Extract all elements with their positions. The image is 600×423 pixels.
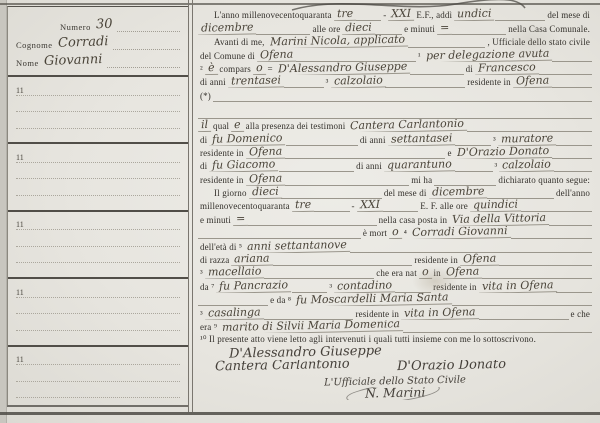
printed-text: di anni [198, 77, 228, 88]
printed-text: di anni [354, 161, 384, 172]
margin-column: Numero 30 Cognome Corradi Nome Giovanni … [7, 6, 188, 405]
handwritten-entry: dicembre [198, 21, 257, 34]
blank-dotted-line [16, 163, 180, 180]
blank-underline [452, 294, 592, 306]
printed-text: E. F. alle ore [418, 201, 470, 212]
printed-text: Avanti di me, [212, 37, 267, 48]
handwritten-entry: Marini Nicola, applicato [266, 35, 407, 48]
form-line: di annitrentasei³calzolaioresidente inOf… [198, 75, 592, 88]
printed-text: ⁴ [402, 228, 409, 239]
signature-text: D'Orazio Donato [394, 360, 509, 373]
blank-underline [248, 214, 376, 226]
handwritten-entry: anni settantanove [244, 239, 350, 252]
blank-underline [385, 76, 465, 88]
cognome-label: Cognome [16, 40, 53, 50]
blank-dotted-line: 11 [16, 349, 180, 366]
form-line: D'Alessandro Giuseppe [198, 346, 592, 359]
blank-underline [499, 254, 592, 266]
blank-dotted-line [16, 247, 180, 264]
handwritten-entry: Ofena [257, 48, 297, 61]
handwritten-entry: macellaio [205, 266, 265, 279]
blank-underline [479, 308, 569, 320]
handwritten-entry: fu Domenico [209, 132, 286, 145]
blank-dotted-line [16, 96, 180, 113]
handwritten-entry: o [253, 62, 266, 75]
blank-dotted-line [16, 196, 180, 210]
handwritten-entry: Ofena [460, 253, 500, 266]
form-line: dell'età di ⁵anni settantanove [198, 239, 592, 252]
blank-underline [279, 160, 355, 172]
margin-section: 11 [8, 345, 188, 412]
handwritten-entry: settantasei [387, 132, 455, 145]
blank-dotted-line [16, 298, 180, 315]
margin-section: 11 [8, 210, 188, 277]
blank-underline [410, 63, 463, 75]
footnote-ref: 11 [16, 153, 30, 162]
printed-text: - [350, 201, 357, 212]
blank-underline [198, 294, 268, 306]
blank-dotted-line [16, 314, 180, 331]
blank-underline [375, 23, 402, 35]
handwritten-entry: muratore [498, 132, 556, 145]
blank-underline [434, 174, 496, 186]
handwritten-entry: = [233, 212, 249, 225]
handwritten-entry: D'Orazio Donato [453, 146, 552, 159]
blank-underline [482, 267, 592, 279]
blank-underline [285, 147, 446, 159]
scan-edge [0, 0, 7, 423]
handwritten-entry: trentasei [228, 75, 284, 88]
printed-text: ³ [324, 77, 331, 88]
printed-text: e minuti [402, 24, 437, 35]
blank-underline [549, 214, 592, 226]
printed-text: ¹ [416, 51, 423, 62]
blank-dotted-line: 11 [16, 281, 180, 298]
handwritten-entry: Cantera Carlantonio [347, 119, 467, 132]
blank-dotted-line [16, 263, 180, 277]
blank-underline [467, 120, 592, 132]
form-line: residente inOfenami hadichiarato quanto … [198, 172, 592, 185]
handwritten-entry: Ofena [513, 75, 553, 88]
handwritten-entry: marito di Silvii Maria Domenica [219, 320, 403, 333]
handwritten-entry: fu Pancrazio [216, 279, 291, 292]
blank-underline [487, 187, 554, 199]
printed-text: Il giorno [212, 188, 249, 199]
handwritten-entry: Ofena [245, 146, 285, 159]
blank-dotted-line [117, 19, 180, 32]
handwritten-entry: dieci [248, 186, 281, 199]
printed-text: residente in [198, 175, 246, 186]
printed-text: L'anno millenovecentoquaranta [212, 10, 334, 21]
blank-underline [296, 50, 416, 62]
printed-text: compars [217, 64, 253, 75]
printed-text: ³ [198, 309, 205, 320]
printed-text: dell'anno [554, 188, 592, 199]
printed-text: dell'età di ⁵ [198, 242, 244, 253]
printed-text: residente in [412, 255, 460, 266]
blank-underline [264, 267, 374, 279]
form-line: è morto⁴Corradi Giovanni [198, 226, 592, 239]
handwritten-entry: Corradi Giovanni [409, 226, 511, 239]
handwritten-entry: tre [334, 8, 356, 21]
printed-text: e da ⁸ [268, 295, 293, 306]
handwritten-entry: quarantuno [384, 159, 455, 172]
blank-underline [403, 321, 592, 333]
form-line: e da ⁸fu Moscardelli Maria Santa [198, 293, 592, 306]
handwritten-entry: casalinga [205, 306, 264, 319]
blank-underline [452, 23, 506, 35]
paper-stain [412, 266, 458, 296]
blank-underline [198, 107, 592, 119]
form-line: era ⁹marito di Silvii Maria Domenica [198, 320, 592, 333]
surname-entry: Corradi [52, 34, 113, 50]
signature-text: N. Marini [362, 387, 429, 400]
form-line: da ⁷fu Pancrazio³contadinoresidente invi… [198, 279, 592, 292]
printed-text: di [198, 135, 209, 146]
margin-section: 11 [8, 277, 188, 344]
printed-text: di [464, 64, 475, 75]
blank-underline [285, 174, 409, 186]
handwritten-entry: fu Giacomo [209, 159, 279, 172]
blank-underline [273, 254, 412, 266]
signature-text: L'Ufficiale dello Stato Civile [321, 374, 469, 387]
printed-text: era ⁹ [198, 322, 219, 333]
margin-sections: 1111111111 [8, 75, 188, 412]
blank-underline [556, 281, 592, 293]
printed-text: ¹⁰ Il presente atto viene letto agli int… [198, 334, 538, 346]
blank-dotted-line [16, 331, 180, 345]
blank-underline [383, 200, 419, 212]
form-line: N. Marini [198, 387, 592, 400]
handwritten-entry: vita in Ofena [401, 306, 479, 319]
footnote-ref: 11 [16, 288, 30, 297]
handwritten-entry: D'Alessandro Giuseppe [275, 62, 411, 75]
record-header-box: Numero 30 Cognome Corradi Nome Giovanni [8, 14, 188, 75]
handwritten-entry: = [437, 21, 453, 34]
numero-label: Numero [60, 22, 91, 32]
signature-text: Cantera Carlantonio [212, 360, 353, 373]
printed-text: nella casa posta in [377, 215, 450, 226]
printed-text: alle ore [310, 24, 342, 35]
handwritten-entry: calzolaio [499, 159, 554, 172]
nome-label: Nome [16, 58, 39, 68]
handwritten-entry: Ofena [245, 172, 285, 185]
blank-dotted-line [107, 55, 180, 68]
printed-text: e minuti [198, 215, 233, 226]
bottom-rule [0, 412, 600, 415]
handwritten-entry: tre [292, 199, 314, 212]
form-line [198, 102, 592, 119]
blank-underline [256, 23, 310, 35]
given-name-entry: Giovanni [39, 52, 108, 68]
blank-dotted-line [16, 365, 180, 382]
blank-underline [511, 227, 592, 239]
printed-text: da ⁷ [198, 282, 216, 293]
form-line: Il giornodiecidel mese didicembredell'an… [198, 186, 592, 199]
handwritten-entry: o [389, 226, 402, 239]
handwritten-entry: quindici [470, 199, 521, 212]
handwritten-entry: XXI [357, 199, 383, 212]
margin-section: 11 [8, 75, 188, 142]
printed-text: (*) [198, 91, 213, 102]
signature-text: D'Alessandro Giuseppe [226, 346, 385, 359]
blank-underline [455, 160, 493, 172]
footnote-ref: 11 [16, 220, 30, 229]
printed-text: di razza [198, 255, 231, 266]
form-line: ¹⁰ Il presente atto viene letto agli int… [198, 333, 592, 346]
blank-underline [455, 134, 491, 146]
blank-underline [198, 227, 361, 239]
printed-text: dichiarato quanto segue: [496, 175, 592, 186]
blank-dotted-line [16, 112, 180, 129]
blank-underline [554, 160, 592, 172]
printed-text: ² [198, 64, 205, 75]
printed-text: del Comune di [198, 51, 257, 62]
paper-stain [500, 20, 560, 60]
blank-underline [314, 200, 350, 212]
form-line: L'Ufficiale dello Stato Civile [198, 373, 592, 386]
form-line: e minuti=nella casa posta inVia della Vi… [198, 212, 592, 225]
printed-text: residente in [465, 77, 513, 88]
form-line: ²ècomparso=D'Alessandro GiuseppediFrance… [198, 62, 592, 75]
form-line: millenovecentoquarantatre-XXIE. F. alle … [198, 199, 592, 212]
blank-dotted-line [16, 382, 180, 399]
footnote-ref: 11 [16, 355, 30, 364]
blank-underline [521, 200, 592, 212]
blank-dotted-line [113, 37, 180, 50]
blank-underline [356, 9, 381, 21]
margin-bottom-rule [7, 405, 188, 407]
printed-text: E.F., addì [414, 10, 454, 21]
document-body: L'anno millenovecentoquarantatre-XXIE.F.… [198, 8, 592, 400]
form-line: (*) [198, 88, 592, 101]
handwritten-entry: dicembre [428, 186, 487, 199]
printed-text: = [266, 64, 275, 75]
blank-underline [350, 241, 592, 253]
margin-section: 11 [8, 142, 188, 209]
footnote-ref: 11 [16, 86, 30, 95]
handwritten-entry: il [198, 119, 211, 132]
printed-text: mi ha [409, 175, 434, 186]
handwritten-entry: Via della Vittoria [449, 212, 549, 225]
handwritten-entry: è [205, 62, 218, 75]
printed-text: residente in [198, 148, 246, 159]
blank-underline [292, 281, 328, 293]
blank-underline [286, 134, 358, 146]
form-line: ³macellaioche era natoinOfena [198, 266, 592, 279]
handwritten-entry: calzolaio [330, 75, 385, 88]
printed-text: del mese di [382, 188, 429, 199]
handwritten-entry: Francesco [475, 62, 539, 75]
handwritten-entry: contadino [334, 279, 395, 292]
blank-underline [552, 76, 592, 88]
printed-text: e che [569, 309, 592, 320]
form-line: difu Domenicodi annisettantasei³muratore [198, 132, 592, 145]
blank-dotted-line: 11 [16, 214, 180, 231]
form-line: difu Giacomodi anniquarantuno³calzolaio [198, 159, 592, 172]
death-record-scan: Numero 30 Cognome Corradi Nome Giovanni … [0, 0, 600, 423]
form-line: Cantera CarlantonioD'Orazio Donato [198, 360, 592, 373]
blank-dotted-line [16, 230, 180, 247]
blank-dotted-line: 11 [16, 79, 180, 96]
handwritten-entry: ariana [231, 253, 273, 266]
record-number: 30 [91, 17, 118, 32]
blank-underline [281, 187, 382, 199]
handwritten-entry: e [231, 119, 244, 132]
form-line: ³casalingaresidente invita in Ofenae che [198, 306, 592, 319]
printed-text: di [198, 161, 209, 172]
printed-text: e [445, 148, 453, 159]
form-line: residente inOfenaeD'Orazio Donato [198, 146, 592, 159]
printed-text: residente in [353, 309, 401, 320]
blank-underline [284, 76, 324, 88]
column-divider [188, 0, 193, 412]
handwritten-entry: undici [454, 8, 495, 21]
form-line: di razzaarianaresidente inOfena [198, 253, 592, 266]
blank-dotted-line: 11 [16, 146, 180, 163]
blank-underline [264, 308, 354, 320]
handwritten-entry: XXI [388, 8, 414, 21]
printed-text: millenovecentoquaranta [198, 201, 292, 212]
blank-underline [213, 90, 592, 102]
blank-underline [552, 147, 592, 159]
form-line: ilqualealla presenza dei testimoniCanter… [198, 119, 592, 132]
blank-underline [556, 134, 592, 146]
printed-text: alla presenza dei testimoni [244, 121, 348, 132]
blank-underline [539, 63, 592, 75]
printed-text: ³ [198, 268, 205, 279]
blank-dotted-line [16, 129, 180, 143]
printed-text: di anni [358, 135, 388, 146]
printed-text: ³ [491, 135, 498, 146]
handwritten-entry: dieci [342, 21, 375, 34]
blank-underline [408, 36, 486, 48]
printed-text: è mort [361, 228, 389, 239]
handwritten-entry: vita in Ofena [479, 279, 557, 292]
printed-text: qual [211, 121, 231, 132]
blank-dotted-line [16, 179, 180, 196]
